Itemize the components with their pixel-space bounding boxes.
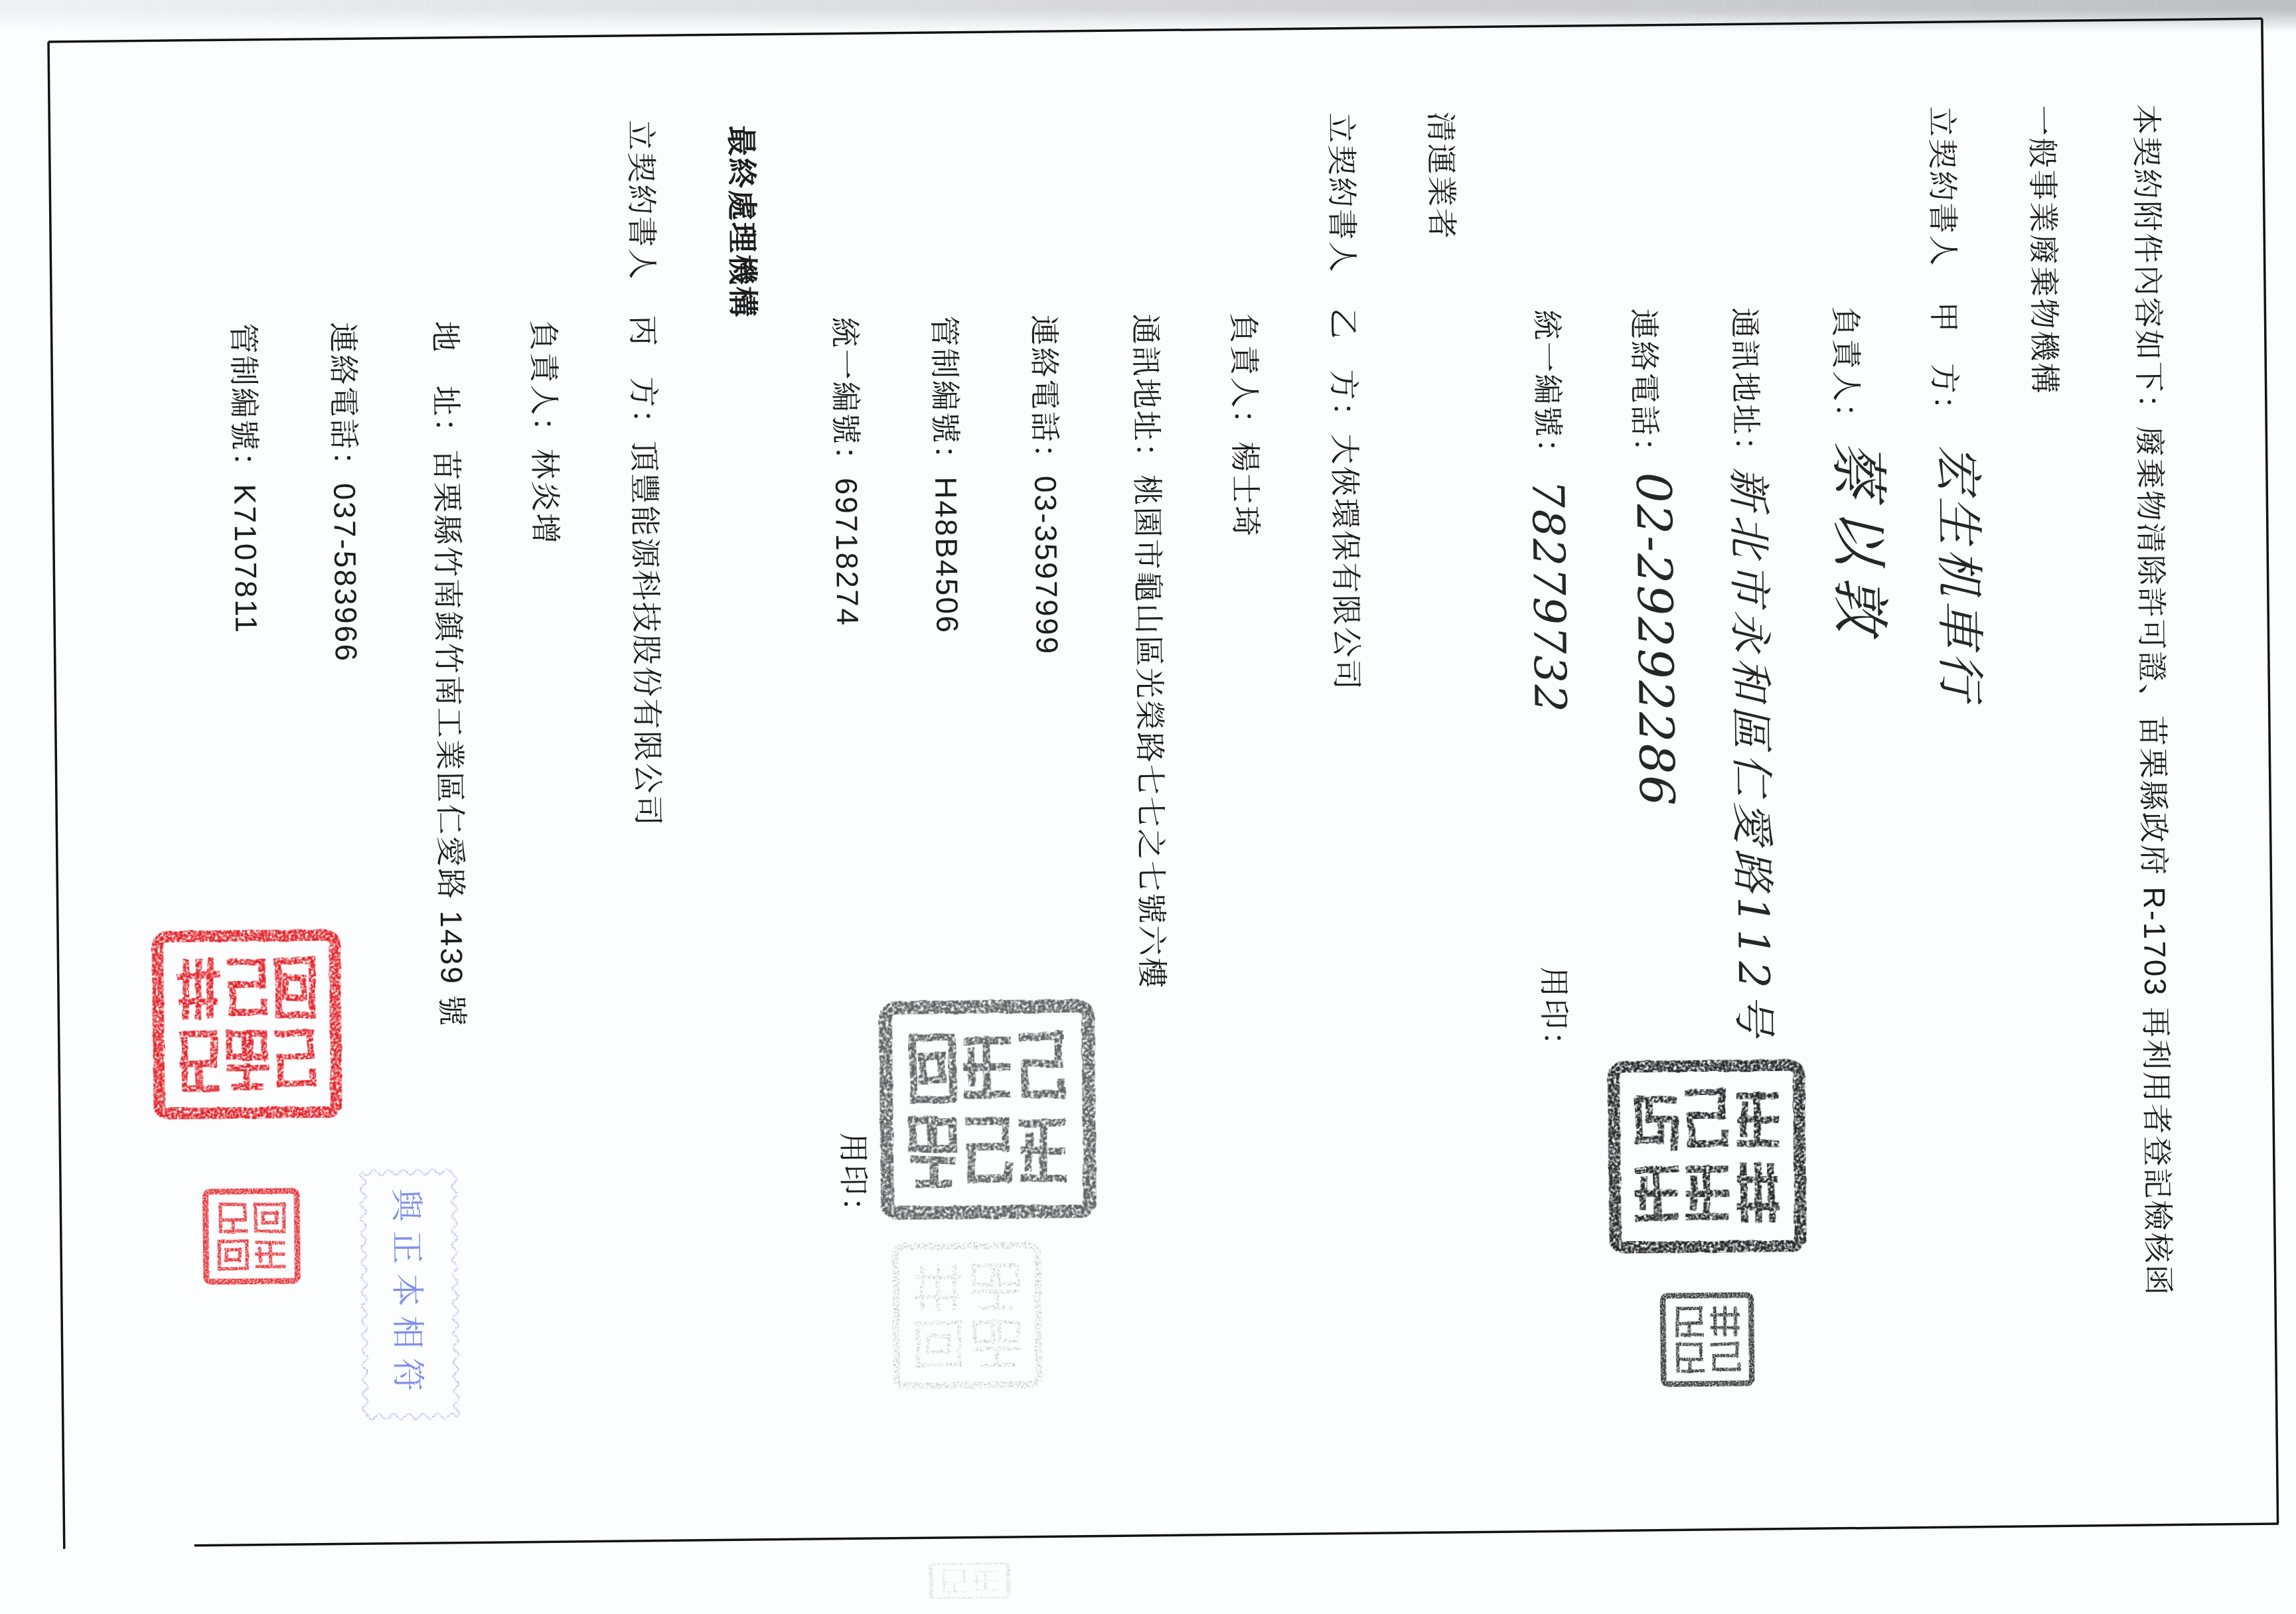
transporter-tax-id: 統一編號：69718274 [824,317,868,627]
control-no-value: H48B4506 [929,477,964,634]
phone-label: 連絡電話： [325,322,362,483]
contract-label: 立契約書人 [1324,112,1360,273]
attachment-note: 本契約附件內容如下：廢棄物清除許可證、苗栗縣政府 R-1703 再利用者登記檢核… [2126,104,2179,1297]
processor-name: 頂豐能源科技股份有限公司 [627,441,665,828]
generator-phone-handwritten: 02-29292286 [1627,472,1683,807]
generator-name-handwritten: 宏生机車行 [1928,444,1991,703]
phone-value: 037-583966 [327,483,364,663]
address-value: 桃園市龜山區光榮路七七之七號六樓 [1130,475,1170,990]
partial-seal-fragment [928,1562,1012,1599]
address-label: 通訊地址： [1128,313,1164,475]
control-no-label: 管制編號： [226,323,262,484]
responsible-label: 負責人： [1226,313,1262,442]
generator-responsible-label: 負責人： [1825,306,1867,435]
generator-address-label: 通訊地址： [1724,307,1766,469]
processor-address: 地 址：苗栗縣竹南鎮竹南工業區仁愛路 1439 號 [425,321,472,1027]
party-role: 乙 [1326,308,1361,340]
party-role-suffix: 方： [1326,369,1361,434]
generator-contract-party: 立契約書人甲方： [1922,106,1965,428]
scanned-page: 本契約附件內容如下：廢棄物清除許可證、苗栗縣政府 R-1703 再利用者登記檢核… [0,0,2296,1614]
processor-company-seal [151,928,343,1120]
control-no-label: 管制編號： [927,316,963,477]
address-label: 地 址： [427,321,463,450]
responsible-value: 林炎增 [527,449,563,546]
processor-section-title: 最終處理機構 [721,125,763,319]
generator-company-seal [1606,1058,1807,1254]
generator-phone-label: 連絡電話： [1624,309,1665,470]
contract-label: 立契約書人 [623,119,660,281]
transporter-responsible: 負責人：楊士琦 [1223,313,1266,538]
generator-responsible-seal [1659,1291,1755,1387]
transporter-responsible-seal [890,1240,1044,1390]
party-role-suffix: 方： [626,376,661,441]
transporter-contract-party: 立契約書人乙方：大俠環保有限公司 [1321,112,1367,692]
transporter-section-title: 清運業者 [1420,111,1462,241]
tax-id-value: 69718274 [829,478,865,627]
processor-contract-party: 立契約書人丙方：頂豐能源科技股份有限公司 [621,119,668,828]
certified-true-copy-stamp: 與正本相符 [357,1166,463,1424]
processor-responsible: 負責人：林炎增 [523,320,566,546]
processor-responsible-seal [202,1187,301,1285]
generator-seal-label: 用印： [1534,966,1575,1063]
processor-phone: 連絡電話：037-583966 [323,322,366,663]
address-value: 苗栗縣竹南鎮竹南工業區仁愛路 1439 號 [429,449,469,1027]
spacer [1933,267,1934,302]
transporter-name: 大俠環保有限公司 [1327,433,1364,692]
generator-tax-id-label: 統一編號： [1527,309,1569,471]
spacer [1332,273,1333,308]
party-role: 甲 [1926,301,1961,334]
phone-value: 03-3597999 [1028,476,1065,656]
transporter-phone: 連絡電話：03-3597999 [1024,315,1067,656]
contract-label: 立契約書人 [1924,106,1961,267]
generator-tax-id-handwritten: 78279732 [1521,480,1576,714]
certified-true-copy-text: 與正本相符 [357,1166,463,1424]
responsible-value: 楊士琦 [1227,441,1263,538]
transporter-seal-label: 用印： [833,1132,874,1229]
responsible-label: 負責人： [526,320,562,449]
generator-responsible-handwritten: 蔡以敦 [1824,440,1892,644]
party-role-suffix: 方： [1927,363,1962,428]
transporter-control-no: 管制編號：H48B4506 [924,316,967,635]
generator-address-handwritten: 新北市永和區仁愛路112号 [1721,467,1780,1042]
generator-section-title: 一般事業廢棄物機構 [2022,105,2065,395]
spacer [632,281,633,315]
phone-label: 連絡電話： [1026,315,1063,476]
contract-attachment-page: 本契約附件內容如下：廢棄物清除許可證、苗栗縣政府 R-1703 再利用者登記檢核… [0,0,2296,1614]
party-role: 丙 [625,315,660,348]
transporter-company-seal [878,998,1097,1221]
processor-control-no: 管制編號：K7107811 [223,323,266,634]
transporter-address: 通訊地址：桃園市龜山區光榮路七七之七號六樓 [1125,313,1172,990]
control-no-value: K7107811 [228,484,264,634]
tax-id-label: 統一編號： [827,317,864,478]
